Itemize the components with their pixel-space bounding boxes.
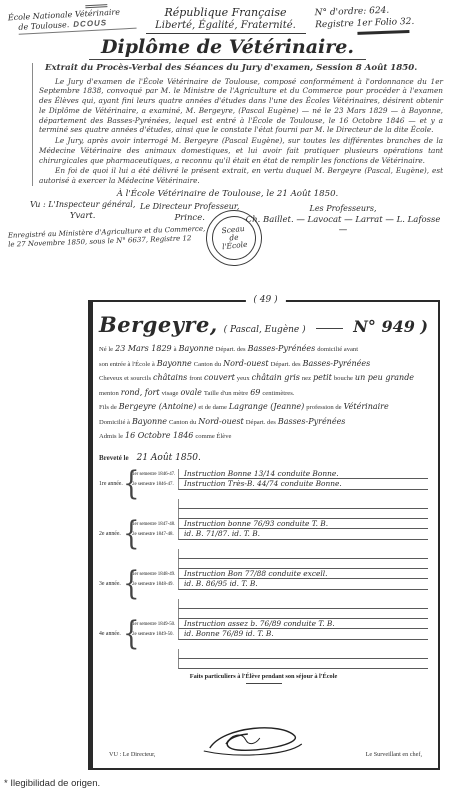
printed-label: son entrée à l'École à [99, 361, 155, 368]
grade-entry: Instruction Très-B. 44/74 conduite Bonne… [178, 479, 428, 490]
semester-row: 2e semestre 1848-49. id. B. 86/95 id. T.… [132, 579, 428, 590]
order-number-block: N° d'ordre: 624. Registre 1er Folio 32. [315, 4, 448, 36]
diploma-body: Extrait du Procès-Verbal des Séances du … [32, 63, 443, 186]
header-rule [146, 33, 306, 34]
professors-names: Ch. Baillet. — Lavocat — Larrat — L. Laf… [245, 215, 441, 235]
blank-row [99, 559, 428, 569]
year-block-3: 3e année. { 1er semestre 1848-49. Instru… [99, 569, 428, 599]
printed-label: nez [302, 375, 311, 382]
grade-entry: Instruction Bon 77/88 conduite excell. [178, 569, 428, 580]
brevet-line: Breveté le 21 Août 1850. [99, 450, 428, 464]
student-record-document: ( 49 ) Bergeyre, ( Pascal, Eugène ) N° 9… [88, 300, 440, 770]
handwritten-fill: Nord-ouest [198, 417, 244, 426]
year-brace: { [123, 515, 132, 553]
blank-row [99, 649, 428, 659]
grade-entry: id. Bonne 76/89 id. T. B. [178, 629, 428, 640]
chief-supervisor-label: Le Surveillant en chef, [366, 751, 422, 758]
printed-label: à [174, 346, 177, 353]
semester-row: 1er semestre 1847-48. Instruction bonne … [132, 519, 428, 530]
printed-label: Départ. des [246, 419, 276, 426]
diploma-title-row: Diplôme de Vétérinaire. [8, 36, 447, 58]
brevet-date: 21 Août 1850. [137, 453, 201, 463]
student-name-row: Bergeyre, ( Pascal, Eugène ) N° 949 ) [99, 312, 428, 337]
inspector-role: Vu : L'Inspecteur général, [30, 200, 135, 209]
printed-label: comme Élève [195, 433, 231, 440]
year-block-1: 1re année. { 1er semestre 1846-47. Instr… [99, 469, 428, 499]
handwritten-fill: Bayonne [132, 417, 167, 426]
printed-label: Canton du [194, 361, 221, 368]
identity-line-parents: Fils deBergeyre (Antoine)et de dameLagra… [99, 399, 428, 414]
body-paragraph-jury: Le Jury d'examen de l'École Vétérinaire … [39, 77, 443, 136]
printed-label: Départ. des [216, 346, 246, 353]
blank-rule [178, 649, 428, 659]
printed-label: Né le [99, 346, 113, 353]
identity-line-residence: Domicilié àBayonneCanton duNord-ouestDép… [99, 414, 428, 429]
printed-label: front [189, 375, 202, 382]
handwritten-fill: Lagrange (Jeanne) [229, 402, 304, 411]
printed-label: profession de [306, 404, 341, 411]
inspector-signature-block: Vu : L'Inspecteur général, Yvart. [30, 200, 135, 221]
handwritten-fill: 23 Mars 1829 [115, 344, 172, 353]
blank-rule [178, 499, 428, 509]
semester-row: 2e semestre 1849-50. id. Bonne 76/89 id.… [132, 629, 428, 640]
printed-label: bouche [334, 375, 353, 382]
printed-label: yeux [237, 375, 250, 382]
handwritten-fill: châtains [153, 373, 187, 382]
grade-entry: id. B. 86/95 id. T. B. [178, 579, 428, 590]
stamp-line2: de Toulouse. [18, 20, 69, 33]
printed-label: Domicilié à [99, 419, 130, 426]
printed-label: Départ. des [271, 361, 301, 368]
blank-row [99, 599, 428, 609]
page-number: ( 49 ) [245, 295, 285, 305]
printed-label: menton [99, 390, 119, 397]
identity-line-features2: mentonrond, fortvisageovaleTaille d'un m… [99, 385, 428, 400]
school-stamp: École Nationale Vétérinaire de Toulouse.… [7, 3, 136, 36]
handwritten-fill: 69 [250, 388, 260, 397]
handwritten-fill: Basses-Pyrénées [248, 344, 316, 353]
blank-rule [178, 659, 428, 669]
document-page: { "page": { "footnote": "* Ilegibilidad … [0, 0, 455, 800]
professors-signature-block: Les Professeurs, Ch. Baillet. — Lavocat … [245, 204, 441, 235]
record-number: N° 949 ) [353, 317, 428, 336]
identity-line-birth: Né le23 Mars 1829àBayonneDépart. desBass… [99, 341, 428, 356]
printed-label: Cheveux et sourcils [99, 375, 151, 382]
blank-rule [178, 509, 428, 519]
handwritten-fill: couvert [204, 373, 235, 382]
printed-label: Taille d'un mètre [204, 390, 248, 397]
director-visa-label: VU : Le Directeur, [109, 751, 155, 758]
blank-rule [178, 609, 428, 619]
year-brace: { [123, 465, 132, 503]
semester-row: 2e semestre 1846-47. Instruction Très-B.… [132, 479, 428, 490]
handwritten-fill: un peu grande [355, 373, 414, 382]
republic-header: République Française Liberté, Égalité, F… [138, 6, 313, 34]
year-label: 4e année. [99, 619, 123, 649]
printed-label: domicilié avant [317, 346, 358, 353]
facts-header: Faits particuliers à l'Élève pendant son… [99, 673, 428, 680]
professors-role: Les Professeurs, [245, 204, 441, 213]
year-rows: 1er semestre 1848-49. Instruction Bon 77… [132, 569, 428, 599]
handwritten-fill: Nord-ouest [223, 359, 269, 368]
grade-entry: Instruction bonne 76/93 conduite T. B. [178, 519, 428, 530]
printed-label: centimètres. [262, 390, 294, 397]
year-brace: { [123, 565, 132, 603]
name-dash-rule [316, 328, 344, 329]
grade-entry: Instruction Bonne 13/14 conduite Bonne. [178, 469, 428, 480]
blank-space [99, 684, 428, 715]
handwritten-fill: Bayonne [157, 359, 192, 368]
printed-label: et de dame [198, 404, 227, 411]
year-label: 1re année. [99, 469, 123, 499]
printed-label: visage [162, 390, 179, 397]
identity-section: Né le23 Mars 1829àBayonneDépart. desBass… [99, 341, 428, 443]
stamp-code: DCOUS [73, 18, 107, 30]
student-signature [195, 720, 305, 760]
semester-row: 1er semestre 1848-49. Instruction Bon 77… [132, 569, 428, 580]
blank-rule [178, 549, 428, 559]
republic-line: République Française [138, 6, 313, 19]
grades-table: 1re année. { 1er semestre 1846-47. Instr… [99, 469, 428, 669]
blank-row [99, 609, 428, 619]
blank-row [99, 659, 428, 669]
year-label: 3e année. [99, 569, 123, 599]
semester-row: 2e semestre 1847-48. id. B. 71/87. id. T… [132, 529, 428, 540]
identity-line-features1: Cheveux et sourcilschâtainsfrontcouverty… [99, 370, 428, 385]
year-label: 2e année. [99, 519, 123, 549]
year-block-4: 4e année. { 1er semestre 1849-50. Instru… [99, 619, 428, 649]
folio-line: Registre 1er Folio 32. [315, 17, 414, 30]
identity-line-domicile: son entrée à l'École àBayonneCanton duNo… [99, 356, 428, 371]
handwritten-fill: Basses-Pyrénées [303, 359, 371, 368]
handwritten-fill: châtain gris [252, 373, 300, 382]
blank-row [99, 549, 428, 559]
grade-entry: Instruction assez b. 76/89 conduite T. B… [178, 619, 428, 630]
handwritten-fill: Bayonne [179, 344, 214, 353]
signatures-row: Vu : L'Inspecteur général, Yvart. Le Dir… [8, 200, 447, 264]
semester-row: 1er semestre 1846-47. Instruction Bonne … [132, 469, 428, 480]
year-rows: 1er semestre 1846-47. Instruction Bonne … [132, 469, 428, 499]
printed-label: Canton du [169, 419, 196, 426]
director-role: Le Directeur Professeur, [140, 202, 239, 211]
semester-row: 1er semestre 1849-50. Instruction assez … [132, 619, 428, 630]
record-footer: VU : Le Directeur, Le Surveillant en che… [99, 714, 428, 762]
handwritten-fill: 16 Octobre 1846 [125, 431, 193, 440]
handwritten-fill: ovale [180, 388, 201, 397]
order-number-line: N° d'ordre: 624. [315, 6, 390, 19]
blank-rule [178, 559, 428, 569]
student-surname: Bergeyre, [99, 312, 218, 337]
year-brace: { [123, 615, 132, 653]
inspector-name: Yvart. [30, 211, 135, 221]
diploma-title: Diplôme de Vétérinaire. [89, 36, 366, 60]
body-paragraph-examen: Le Jury, après avoir interrogé M. Bergey… [39, 136, 443, 165]
registration-note: Enregistré au Ministère d'Agriculture et… [8, 224, 219, 250]
printed-label: Admis le [99, 433, 123, 440]
date-line: À l'École Vétérinaire de Toulouse, le 21… [8, 189, 447, 199]
brevet-label: Breveté le [99, 454, 129, 462]
origin-illegibility-footnote: * Ilegibilidad de origen. [4, 778, 100, 789]
blank-row [99, 509, 428, 519]
handwritten-fill: Vétérinaire [344, 402, 389, 411]
body-paragraph-autorisation: En foi de quoi il lui a été délivré le p… [39, 166, 443, 186]
diploma-header: École Nationale Vétérinaire de Toulouse.… [8, 6, 447, 34]
blank-rule [178, 599, 428, 609]
handwritten-fill: rond, fort [121, 388, 160, 397]
year-block-2: 2e année. { 1er semestre 1847-48. Instru… [99, 519, 428, 549]
blank-row [99, 499, 428, 509]
signature-scribble-icon [195, 720, 305, 758]
handwritten-fill: Bergeyre (Antoine) [119, 402, 197, 411]
grade-entry: id. B. 71/87. id. T. B. [178, 529, 428, 540]
handwritten-fill: petit [313, 373, 332, 382]
body-paragraph-extrait: Extrait du Procès-Verbal des Séances du … [39, 63, 443, 75]
student-forenames: ( Pascal, Eugène ) [224, 325, 306, 335]
handwritten-fill: Basses-Pyrénées [278, 417, 346, 426]
printed-label: Fils de [99, 404, 117, 411]
diploma-document: École Nationale Vétérinaire de Toulouse.… [0, 0, 455, 298]
year-rows: 1er semestre 1849-50. Instruction assez … [132, 619, 428, 649]
year-rows: 1er semestre 1847-48. Instruction bonne … [132, 519, 428, 549]
order-number-rule [357, 30, 409, 34]
identity-line-admission: Admis le16 Octobre 1846comme Élève [99, 428, 428, 443]
motto-line: Liberté, Égalité, Fraternité. [138, 20, 313, 31]
